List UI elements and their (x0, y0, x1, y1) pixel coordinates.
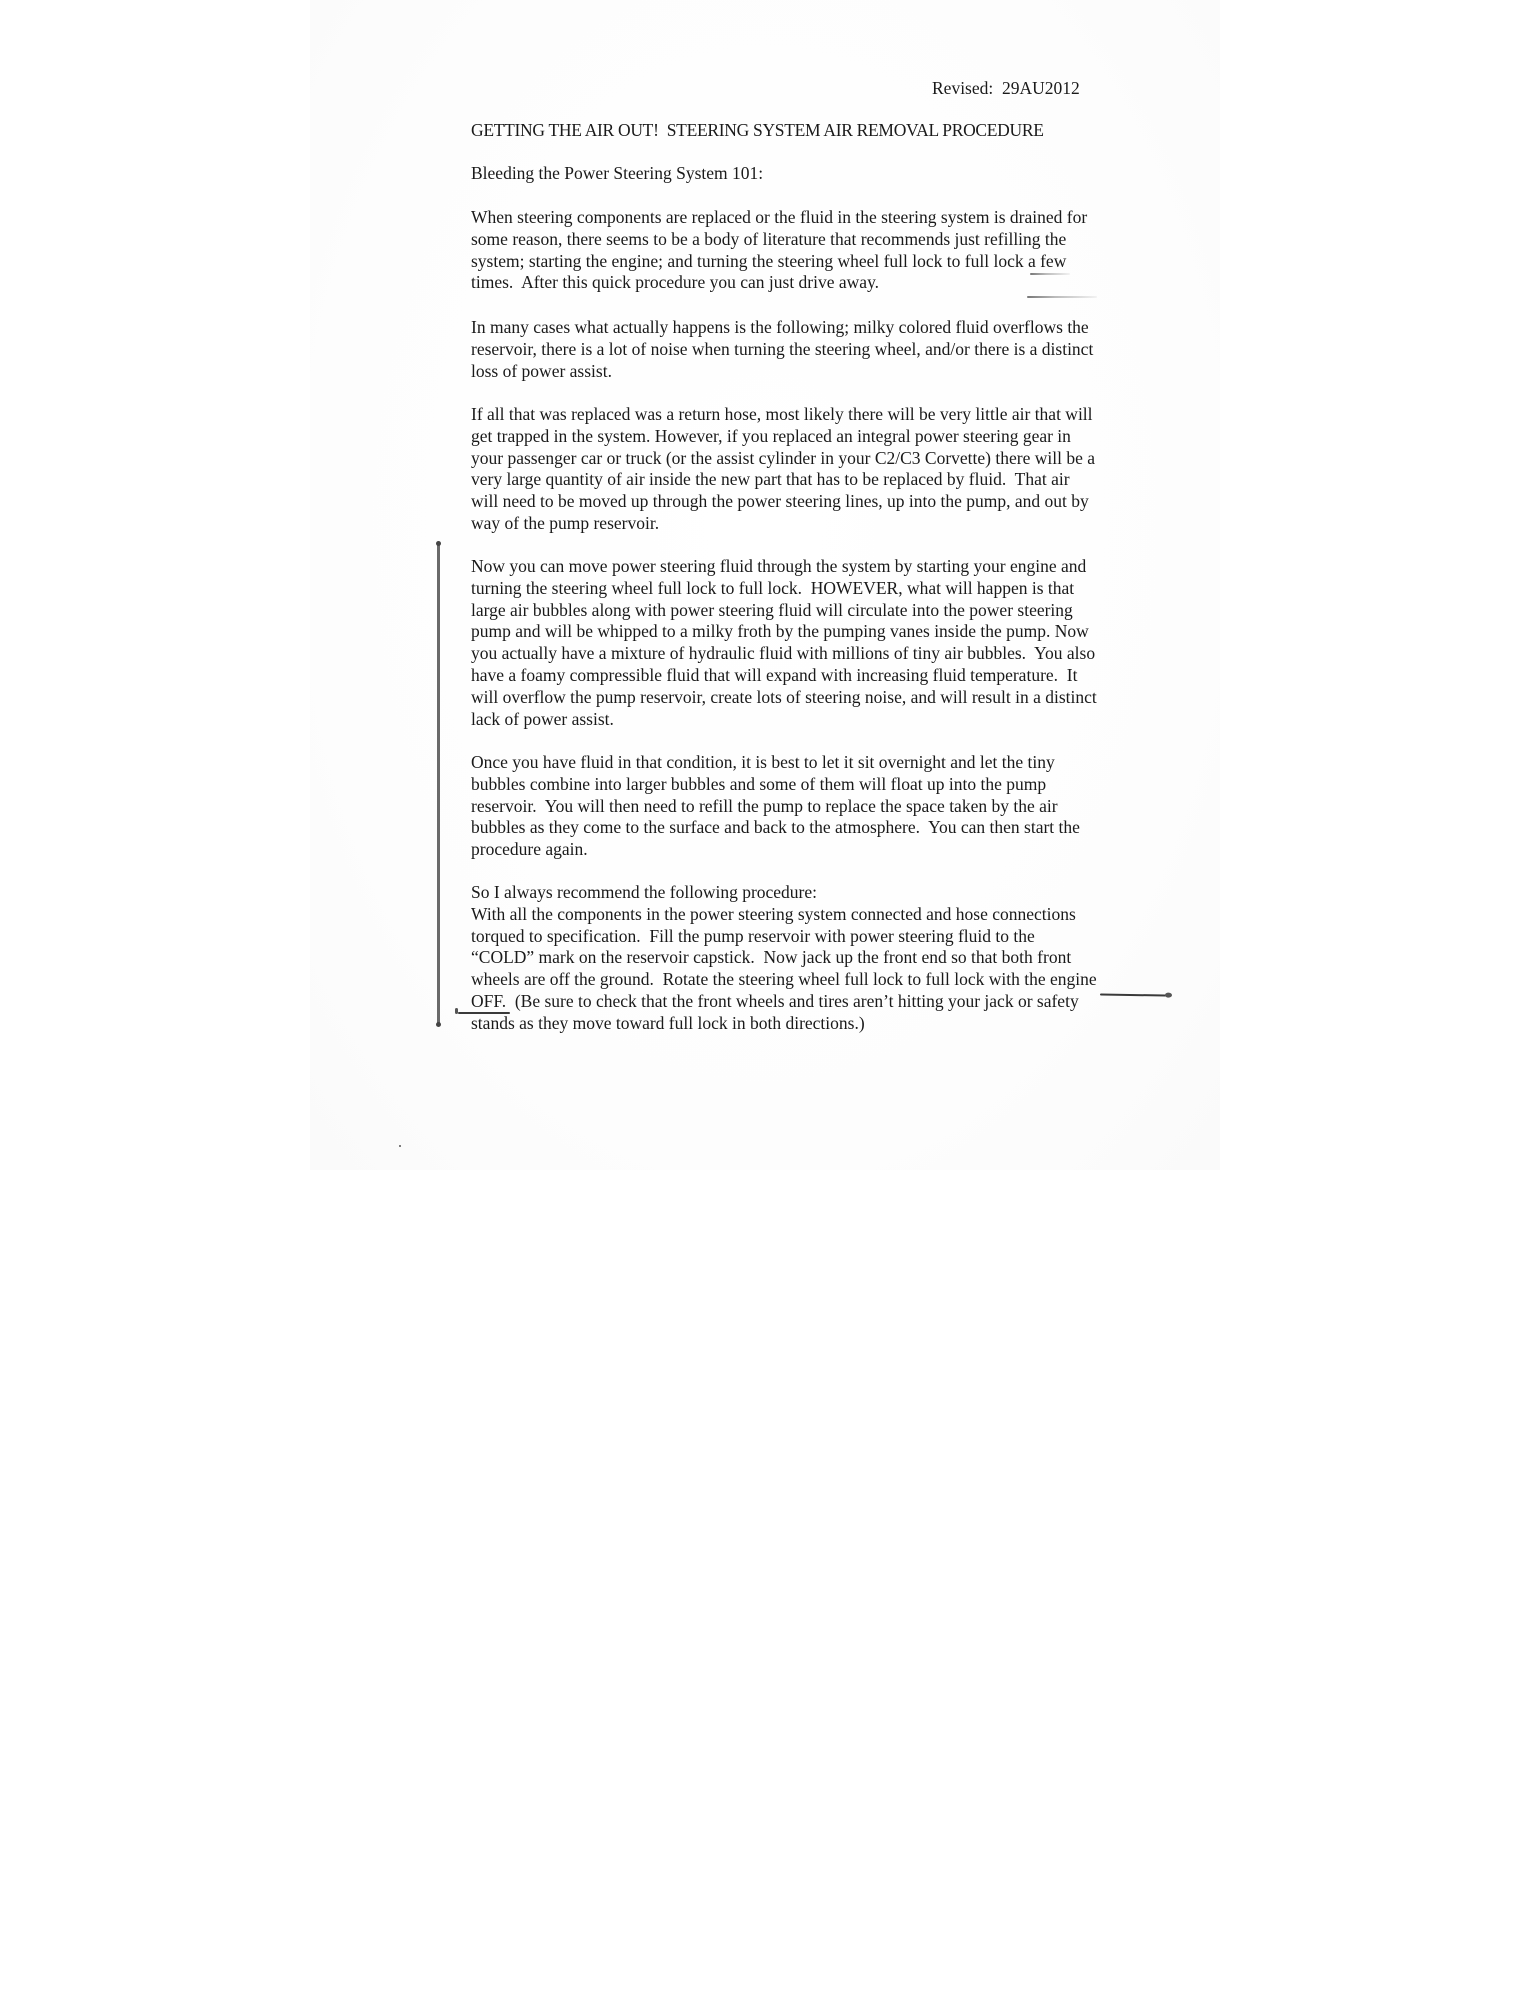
pen-mark (1030, 273, 1070, 275)
paragraph-line: will overflow the pump reservoir, create… (471, 687, 1097, 709)
handwritten-margin-line (437, 543, 440, 1025)
paragraph-line: torqued to specification. Fill the pump … (471, 926, 1097, 948)
paragraph-line: bubbles as they come to the surface and … (471, 817, 1080, 839)
paragraph-line: Now you can move power steering fluid th… (471, 556, 1097, 578)
paragraph-line: lack of power assist. (471, 709, 1097, 731)
revision-date: Revised: 29AU2012 (932, 78, 1080, 99)
paragraph-line: loss of power assist. (471, 361, 1093, 383)
paragraph-line: bubbles combine into larger bubbles and … (471, 774, 1080, 796)
paragraph-line: your passenger car or truck (or the assi… (471, 448, 1095, 470)
paragraph-6: So I always recommend the following proc… (471, 882, 1097, 1035)
paragraph-line: have a foamy compressible fluid that wil… (471, 665, 1097, 687)
paragraph-line: system; starting the engine; and turning… (471, 251, 1087, 273)
paragraph-line: When steering components are replaced or… (471, 207, 1087, 229)
paragraph-line: very large quantity of air inside the ne… (471, 469, 1095, 491)
paragraph-line: turning the steering wheel full lock to … (471, 578, 1097, 600)
paragraph-2: In many cases what actually happens is t… (471, 317, 1093, 382)
paragraph-line: some reason, there seems to be a body of… (471, 229, 1087, 251)
scan-speck (399, 1145, 401, 1147)
paragraph-5: Once you have fluid in that condition, i… (471, 752, 1080, 861)
paragraph-line: OFF. (Be sure to check that the front wh… (471, 991, 1097, 1013)
paragraph-line: wheels are off the ground. Rotate the st… (471, 969, 1097, 991)
paragraph-line: will need to be moved up through the pow… (471, 491, 1095, 513)
pen-mark (1027, 296, 1097, 298)
paragraph-line: stands as they move toward full lock in … (471, 1013, 1097, 1035)
paragraph-3: If all that was replaced was a return ho… (471, 404, 1095, 535)
handwritten-underline-off (458, 1012, 510, 1014)
paragraph-line: With all the components in the power ste… (471, 904, 1097, 926)
paragraph-1: When steering components are replaced or… (471, 207, 1087, 294)
paragraph-line: procedure again. (471, 839, 1080, 861)
paragraph-line: If all that was replaced was a return ho… (471, 404, 1095, 426)
document-subtitle: Bleeding the Power Steering System 101: (471, 163, 763, 184)
paragraph-line: pump and will be whipped to a milky frot… (471, 621, 1097, 643)
paragraph-line: In many cases what actually happens is t… (471, 317, 1093, 339)
paragraph-line: large air bubbles along with power steer… (471, 600, 1097, 622)
paragraph-line: way of the pump reservoir. (471, 513, 1095, 535)
paragraph-line: get trapped in the system. However, if y… (471, 426, 1095, 448)
paragraph-line: you actually have a mixture of hydraulic… (471, 643, 1097, 665)
paragraph-4: Now you can move power steering fluid th… (471, 556, 1097, 730)
document-title: GETTING THE AIR OUT! STEERING SYSTEM AIR… (471, 120, 1044, 141)
paragraph-line: reservoir. You will then need to refill … (471, 796, 1080, 818)
paragraph-line: “COLD” mark on the reservoir capstick. N… (471, 947, 1097, 969)
paragraph-line: So I always recommend the following proc… (471, 882, 1097, 904)
paragraph-line: times. After this quick procedure you ca… (471, 272, 1087, 294)
paragraph-line: Once you have fluid in that condition, i… (471, 752, 1080, 774)
paragraph-line: reservoir, there is a lot of noise when … (471, 339, 1093, 361)
